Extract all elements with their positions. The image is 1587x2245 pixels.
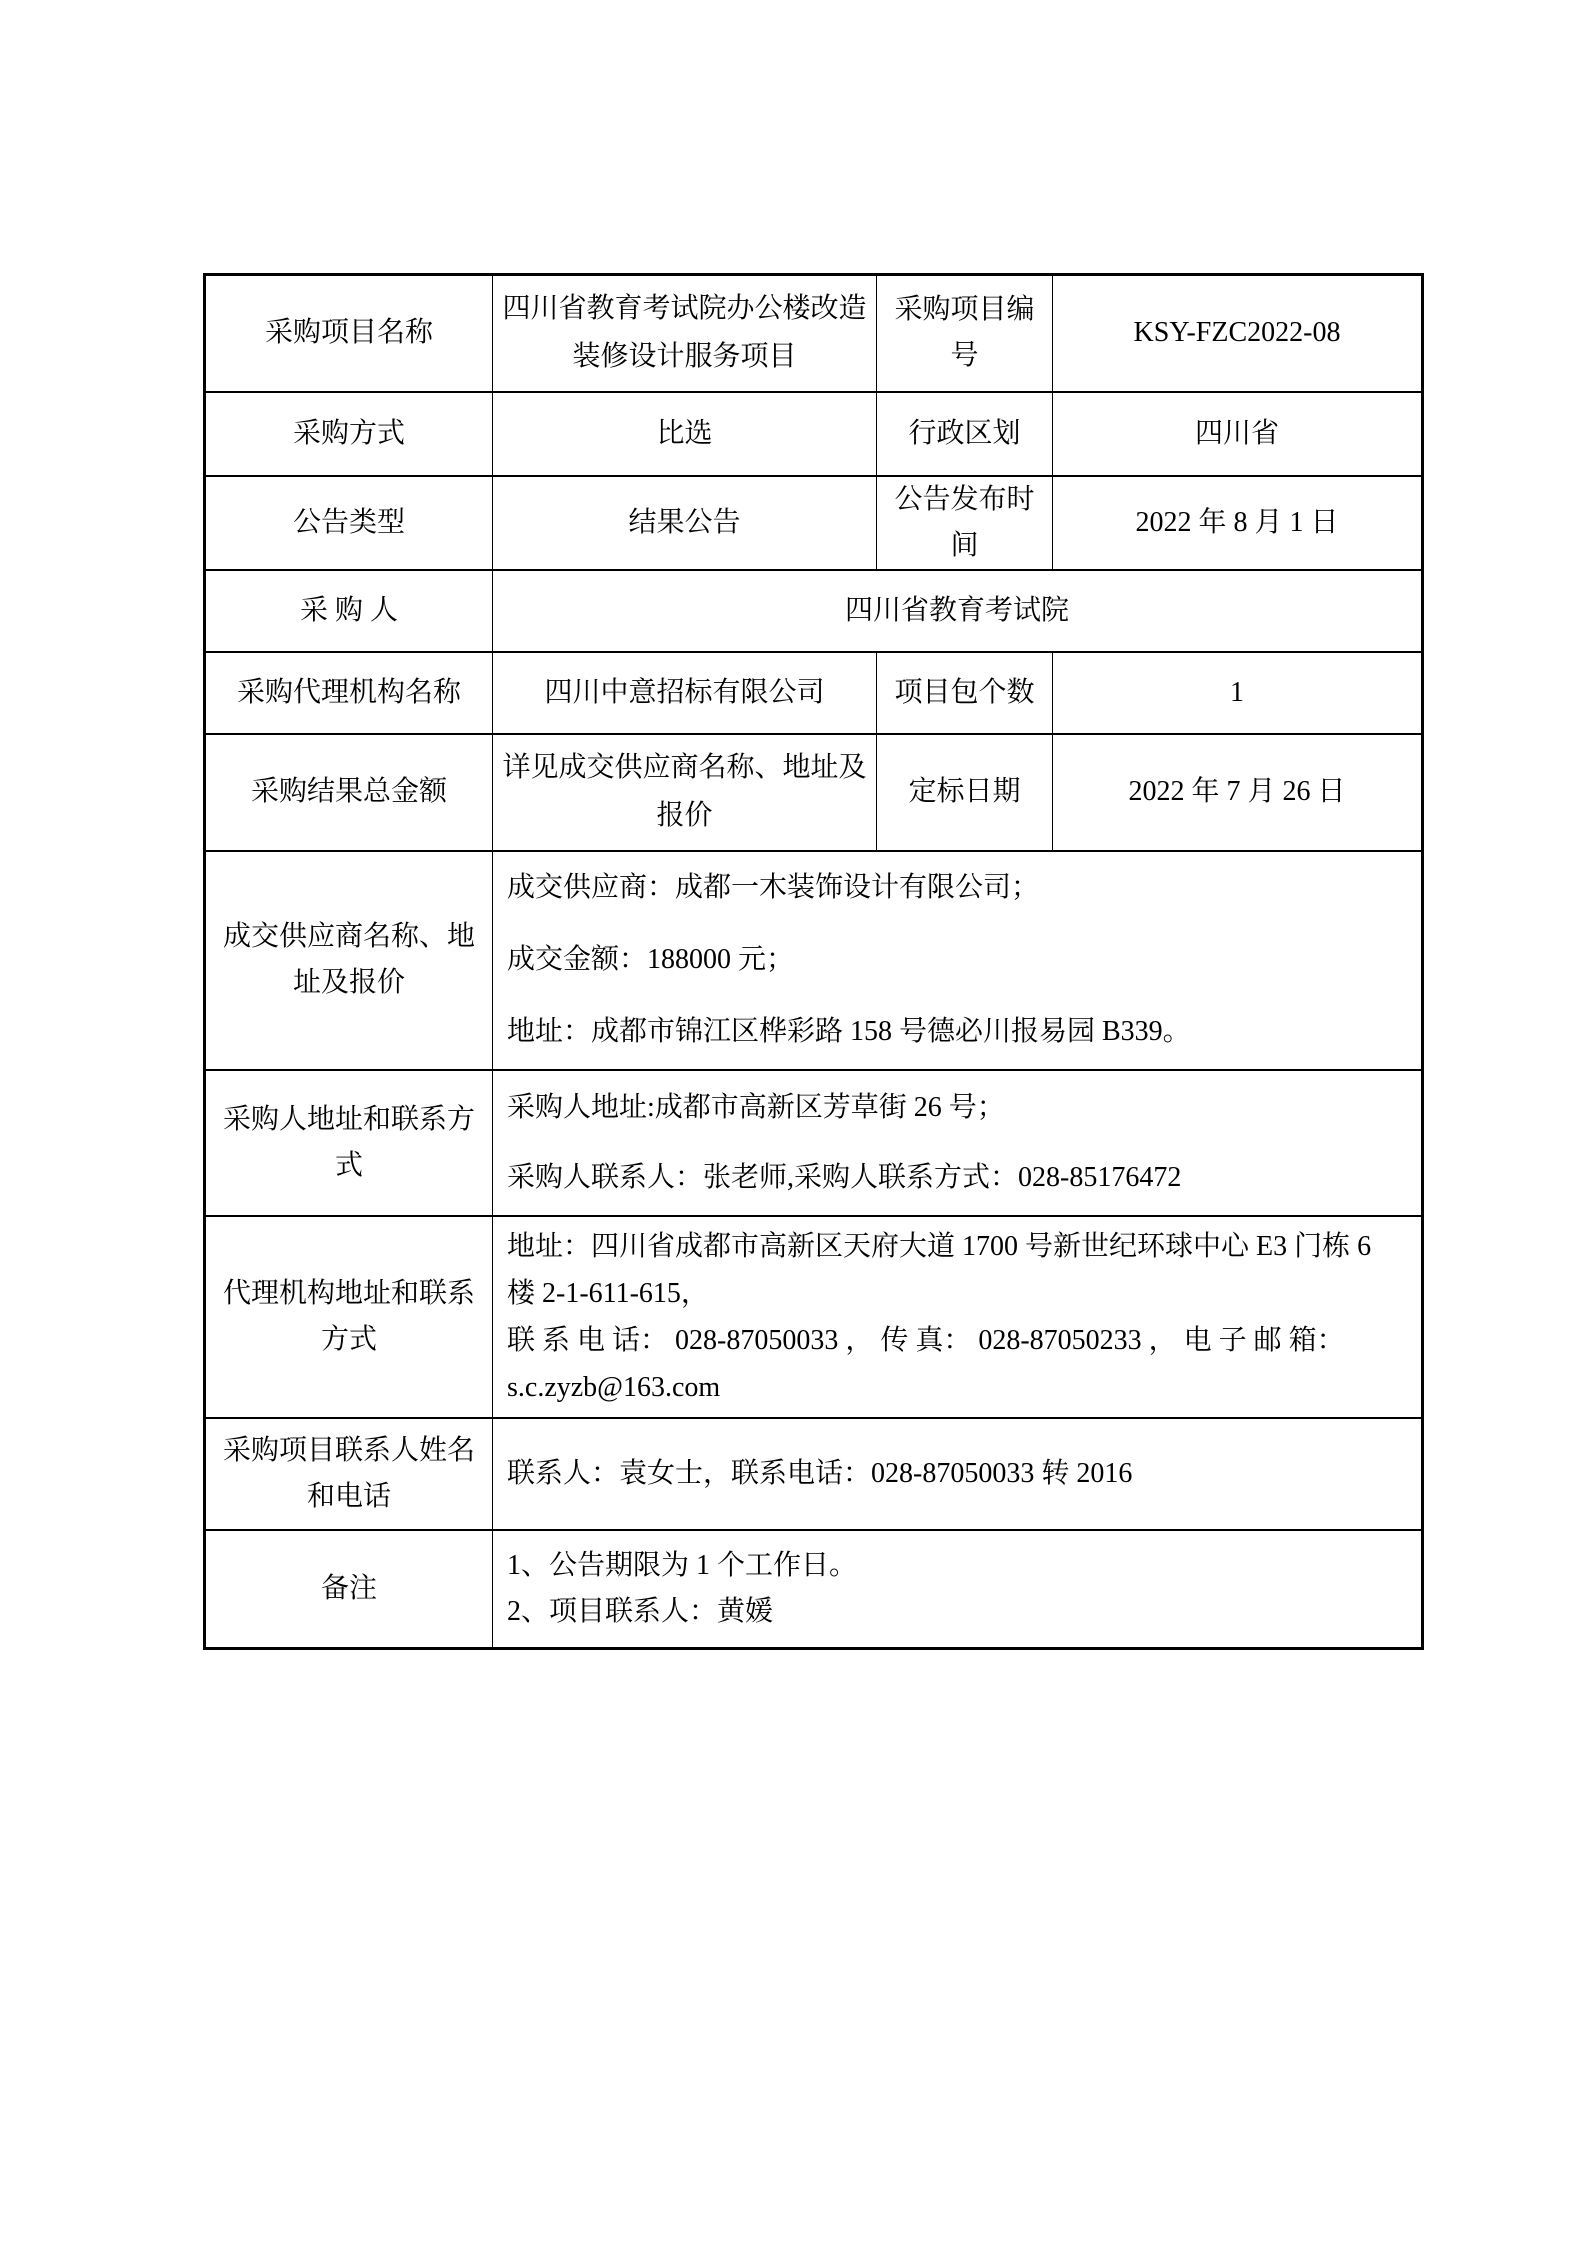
award-date-value: 2022 年 7 月 26 日 — [1053, 734, 1423, 851]
project-number-value: KSY-FZC2022-08 — [1053, 275, 1423, 392]
agency-email-line: s.c.zyzb@163.com — [507, 1364, 1411, 1411]
procurement-method-label: 采购方式 — [205, 392, 493, 476]
package-count-value: 1 — [1053, 652, 1423, 734]
table-row: 采购方式 比选 行政区划 四川省 — [205, 392, 1423, 476]
project-contact-details: 联系人：袁女士，联系电话：028-87050033 转 2016 — [493, 1418, 1423, 1530]
award-date-label: 定标日期 — [877, 734, 1053, 851]
agency-name-value: 四川中意招标有限公司 — [493, 652, 877, 734]
procurement-result-table: 采购项目名称 四川省教育考试院办公楼改造装修设计服务项目 采购项目编号 KSY-… — [203, 273, 1424, 1650]
table-row: 采购人地址和联系方式 采购人地址:成都市高新区芳草街 26 号； 采购人联系人：… — [205, 1070, 1423, 1216]
admin-division-label: 行政区划 — [877, 392, 1053, 476]
publish-date-label: 公告发布时间 — [877, 476, 1053, 570]
admin-division-value: 四川省 — [1053, 392, 1423, 476]
publish-date-value: 2022 年 8 月 1 日 — [1053, 476, 1423, 570]
purchaser-label: 采 购 人 — [205, 570, 493, 652]
table-row: 备注 1、公告期限为 1 个工作日。 2、项目联系人：黄媛 — [205, 1530, 1423, 1649]
agency-address-line-1: 地址：四川省成都市高新区天府大道 1700 号新世纪环球中心 E3 门栋 6 — [507, 1223, 1411, 1270]
project-contact-line: 联系人：袁女士，联系电话：028-87050033 转 2016 — [507, 1454, 1411, 1494]
table-row: 采 购 人 四川省教育考试院 — [205, 570, 1423, 652]
table-row: 成交供应商名称、地址及报价 成交供应商：成都一木装饰设计有限公司； 成交金额：1… — [205, 851, 1423, 1070]
remark-line-2: 2、项目联系人：黄媛 — [507, 1589, 1411, 1635]
table-row: 代理机构地址和联系方式 地址：四川省成都市高新区天府大道 1700 号新世纪环球… — [205, 1216, 1423, 1418]
announcement-type-label: 公告类型 — [205, 476, 493, 570]
table-row: 采购结果总金额 详见成交供应商名称、地址及报价 定标日期 2022 年 7 月 … — [205, 734, 1423, 851]
project-contact-label: 采购项目联系人姓名和电话 — [205, 1418, 493, 1530]
winning-supplier-address-line: 地址：成都市锦江区桦彩路 158 号德必川报易园 B339。 — [507, 996, 1411, 1068]
purchaser-contact-line: 采购人联系人：张老师,采购人联系方式：028-85176472 — [507, 1143, 1411, 1213]
announcement-type-value: 结果公告 — [493, 476, 877, 570]
remark-line-1: 1、公告期限为 1 个工作日。 — [507, 1543, 1411, 1589]
purchaser-value: 四川省教育考试院 — [493, 570, 1423, 652]
agency-contact-details: 地址：四川省成都市高新区天府大道 1700 号新世纪环球中心 E3 门栋 6 楼… — [493, 1216, 1423, 1418]
purchaser-contact-label: 采购人地址和联系方式 — [205, 1070, 493, 1216]
procurement-method-value: 比选 — [493, 392, 877, 476]
table-row: 采购项目名称 四川省教育考试院办公楼改造装修设计服务项目 采购项目编号 KSY-… — [205, 275, 1423, 392]
table-row: 采购项目联系人姓名和电话 联系人：袁女士，联系电话：028-87050033 转… — [205, 1418, 1423, 1530]
table-row: 采购代理机构名称 四川中意招标有限公司 项目包个数 1 — [205, 652, 1423, 734]
project-name-label: 采购项目名称 — [205, 275, 493, 392]
agency-name-label: 采购代理机构名称 — [205, 652, 493, 734]
winning-supplier-details: 成交供应商：成都一木装饰设计有限公司； 成交金额：188000 元； 地址：成都… — [493, 851, 1423, 1070]
project-name-value: 四川省教育考试院办公楼改造装修设计服务项目 — [493, 275, 877, 392]
remarks-label: 备注 — [205, 1530, 493, 1649]
winning-amount-line: 成交金额：188000 元； — [507, 924, 1411, 996]
agency-phone-fax-line: 联 系 电 话： 028-87050033 ， 传 真： 028-8705023… — [507, 1317, 1411, 1364]
package-count-label: 项目包个数 — [877, 652, 1053, 734]
agency-contact-label: 代理机构地址和联系方式 — [205, 1216, 493, 1418]
agency-address-line-2: 楼 2-1-611-615， — [507, 1270, 1411, 1317]
table-row: 公告类型 结果公告 公告发布时间 2022 年 8 月 1 日 — [205, 476, 1423, 570]
total-amount-label: 采购结果总金额 — [205, 734, 493, 851]
purchaser-address-line: 采购人地址:成都市高新区芳草街 26 号； — [507, 1073, 1411, 1143]
project-number-label: 采购项目编号 — [877, 275, 1053, 392]
remarks-details: 1、公告期限为 1 个工作日。 2、项目联系人：黄媛 — [493, 1530, 1423, 1649]
document-page: { "colors": { "page_background": "#fffff… — [0, 0, 1587, 2245]
total-amount-value: 详见成交供应商名称、地址及报价 — [493, 734, 877, 851]
purchaser-contact-details: 采购人地址:成都市高新区芳草街 26 号； 采购人联系人：张老师,采购人联系方式… — [493, 1070, 1423, 1216]
winning-supplier-name-line: 成交供应商：成都一木装饰设计有限公司； — [507, 852, 1411, 924]
winning-supplier-label: 成交供应商名称、地址及报价 — [205, 851, 493, 1070]
